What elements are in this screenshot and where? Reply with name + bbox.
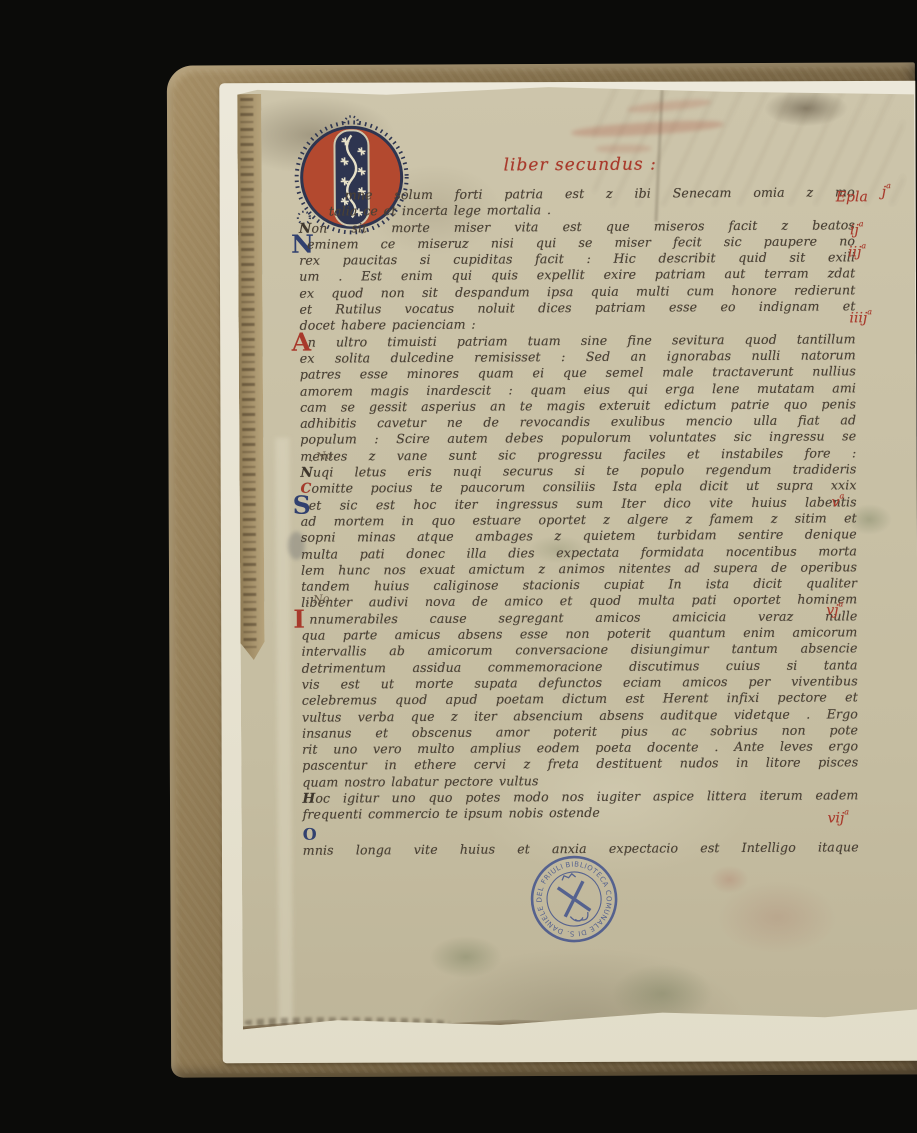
stamp-emblem (558, 881, 591, 917)
drop-initial-A: A (292, 334, 308, 349)
drop-initial-O: O (303, 824, 317, 843)
margin-annotation: Epla (836, 190, 868, 204)
paragraph: An ultro timuisti patriam tuam sine fine… (300, 331, 857, 465)
paragraph: Hoc igitur uno quo potes modo nos iugite… (302, 787, 858, 823)
rubricated-capital: H (302, 791, 315, 807)
rubricated-capital: N (300, 465, 313, 481)
binding-stub (237, 94, 264, 660)
drop-initial-S: S (293, 497, 309, 512)
rubricated-capital: C (301, 481, 312, 497)
paragraph: Set sic est hoc iter ingressus sum Iter … (301, 494, 858, 611)
drop-initial-N: N (291, 237, 307, 252)
stub-old-script (240, 98, 256, 650)
margin-annotation: vija (828, 808, 850, 825)
margin-annotation: ja (882, 182, 891, 199)
text-line: pascentur in ethere cervi z freta destit… (302, 755, 858, 775)
drop-initial-I: I (293, 611, 309, 626)
text-block: mne solum forti patria est z ibi Senecam… (299, 184, 859, 858)
paragraph: mne solum forti patria est z ibi Senecam… (299, 184, 855, 220)
margin-annotation: ija (850, 220, 864, 237)
paragraph: Innumerabiles cause segregant amicos ami… (301, 608, 858, 791)
library-stamp: BIBLIOTECA COMUNALE DI S. DANIELE DEL FR… (521, 846, 628, 953)
margin-annotation: vja (826, 600, 843, 617)
margin-annotation: iija (848, 242, 866, 259)
paragraph: Neminem ce miseruz nisi qui se miser fec… (299, 233, 856, 334)
faded-inscription (595, 145, 651, 153)
margin-annotation: iiija (849, 308, 872, 325)
nota-mark: . No . (306, 591, 337, 606)
screenshot-root: liber secundus : mne solum forti patria … (0, 0, 917, 1133)
rubric-heading: liber secundus : (504, 155, 657, 176)
manuscript-page: liber secundus : mne solum forti patria … (237, 84, 917, 1034)
margin-annotation: va (832, 492, 845, 509)
rubricated-capital: N (299, 220, 312, 236)
